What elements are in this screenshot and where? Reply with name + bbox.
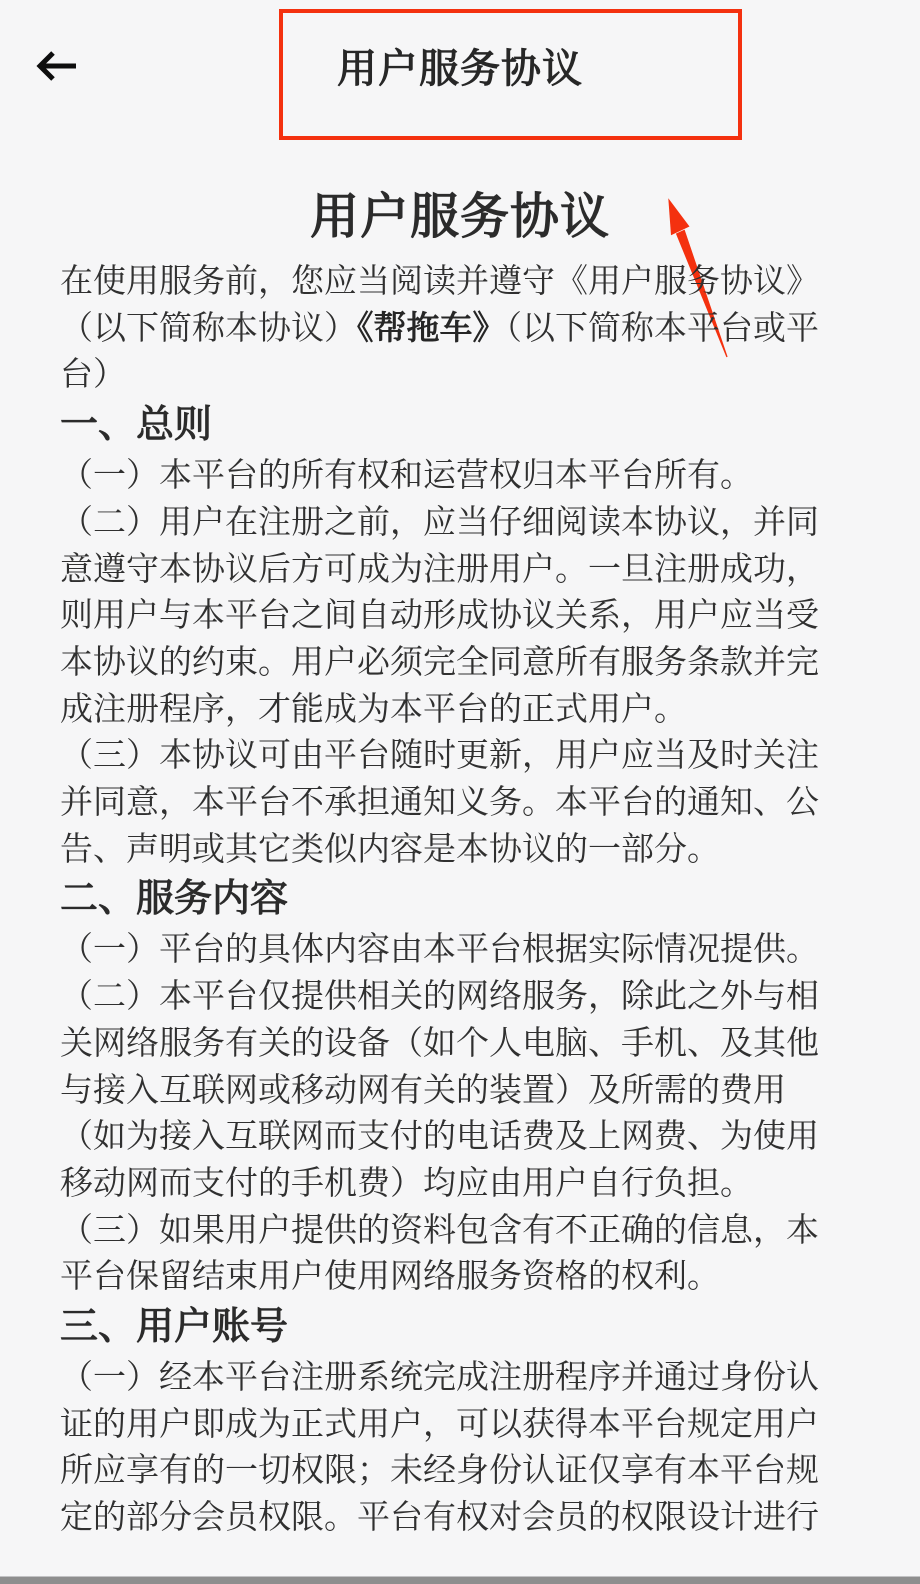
- agreement-paragraph: （一）平台的具体内容由本平台根据实际情况提供。: [60, 926, 835, 973]
- page-title: 用户服务协议: [0, 46, 920, 92]
- agreement-paragraph: （一）本平台的所有权和运营权归本平台所有。: [60, 452, 835, 499]
- agreement-paragraph: （三）本协议可由平台随时更新，用户应当及时关注并同意，本平台不承担通知义务。本平…: [60, 732, 835, 872]
- intro-paragraph: 在使用服务前，您应当阅读并遵守《用户服务协议》（以下简称本协议）《帮拖车》（以下…: [60, 258, 835, 398]
- agreement-paragraph: （一）经本平台注册系统完成注册程序并通过身份认证的用户即成为正式用户，可以获得本…: [60, 1354, 835, 1541]
- section-heading: 二、服务内容: [60, 872, 835, 926]
- agreement-paragraph: （三）如果用户提供的资料包含有不正确的信息，本平台保留结束用户使用网络服务资格的…: [60, 1207, 835, 1300]
- section-heading: 一、总则: [60, 398, 835, 452]
- section-heading: 三、用户账号: [60, 1300, 835, 1354]
- platform-name-bold: 《帮拖车》: [357, 309, 506, 346]
- agreement-body: 在使用服务前，您应当阅读并遵守《用户服务协议》（以下简称本协议）《帮拖车》（以下…: [60, 258, 835, 1541]
- document-title: 用户服务协议: [0, 191, 920, 243]
- bottom-edge-bar: [0, 1576, 920, 1584]
- agreement-paragraph: （二）本平台仅提供相关的网络服务，除此之外与相关网络服务有关的设备（如个人电脑、…: [60, 973, 835, 1207]
- agreement-paragraph: （二）用户在注册之前，应当仔细阅读本协议，并同意遵守本协议后方可成为注册用户。一…: [60, 499, 835, 733]
